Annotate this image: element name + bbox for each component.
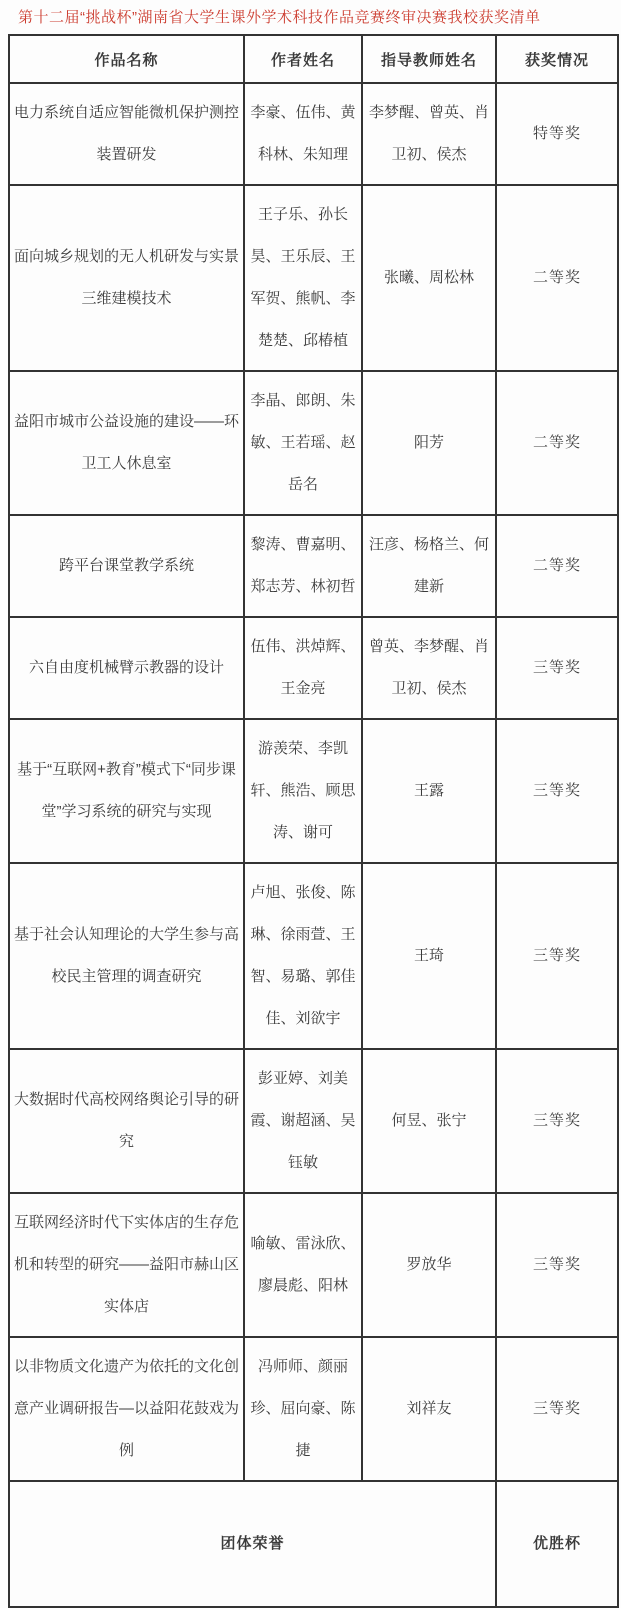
work-cell: 面向城乡规划的无人机研发与实景三维建模技术 — [9, 185, 244, 371]
teachers-cell: 汪彦、杨格兰、何建新 — [362, 515, 496, 617]
page-title: 第十二届“挑战杯”湖南省大学生课外学术科技作品竞赛终审决赛我校获奖清单 — [0, 0, 621, 34]
work-cell: 以非物质文化遗产为依托的文化创意产业调研报告—以益阳花鼓戏为例 — [9, 1337, 244, 1481]
award-cell: 三等奖 — [496, 863, 618, 1049]
header-row: 作品名称 作者姓名 指导教师姓名 获奖情况 — [9, 35, 618, 83]
work-cell: 互联网经济时代下实体店的生存危机和转型的研究——益阳市赫山区实体店 — [9, 1193, 244, 1337]
table-row: 六自由度机械臂示教器的设计 伍伟、洪焯辉、王金亮 曾英、李梦醒、肖卫初、侯杰 三… — [9, 617, 618, 719]
award-cell: 三等奖 — [496, 719, 618, 863]
work-cell: 基于“互联网+教育”模式下“同步课堂”学习系统的研究与实现 — [9, 719, 244, 863]
authors-cell: 李豪、伍伟、黄科林、朱知理 — [244, 83, 362, 185]
authors-cell: 李晶、郎朗、朱敏、王若瑶、赵岳名 — [244, 371, 362, 515]
table-row: 以非物质文化遗产为依托的文化创意产业调研报告—以益阳花鼓戏为例 冯师师、颜丽珍、… — [9, 1337, 618, 1481]
teachers-cell: 阳芳 — [362, 371, 496, 515]
teachers-cell: 曾英、李梦醒、肖卫初、侯杰 — [362, 617, 496, 719]
award-cell: 三等奖 — [496, 1337, 618, 1481]
authors-cell: 伍伟、洪焯辉、王金亮 — [244, 617, 362, 719]
authors-cell: 冯师师、颜丽珍、屈向豪、陈捷 — [244, 1337, 362, 1481]
table-row: 基于社会认知理论的大学生参与高校民主管理的调查研究 卢旭、张俊、陈琳、徐雨萱、王… — [9, 863, 618, 1049]
footer-row: 团体荣誉 优胜杯 — [9, 1481, 618, 1607]
authors-cell: 彭亚婷、刘美霞、谢超涵、吴钰敏 — [244, 1049, 362, 1193]
authors-cell: 游羡荣、李凯轩、熊浩、顾思涛、谢可 — [244, 719, 362, 863]
teachers-cell: 罗放华 — [362, 1193, 496, 1337]
table-row: 电力系统自适应智能微机保护测控装置研发 李豪、伍伟、黄科林、朱知理 李梦醒、曾英… — [9, 83, 618, 185]
teachers-cell: 张曦、周松林 — [362, 185, 496, 371]
award-cell: 三等奖 — [496, 617, 618, 719]
award-cell: 二等奖 — [496, 185, 618, 371]
teachers-cell: 何昱、张宁 — [362, 1049, 496, 1193]
column-header-work: 作品名称 — [9, 35, 244, 83]
group-award-cell: 优胜杯 — [496, 1481, 618, 1607]
teachers-cell: 王琦 — [362, 863, 496, 1049]
work-cell: 六自由度机械臂示教器的设计 — [9, 617, 244, 719]
authors-cell: 喻敏、雷泳欣、廖晨彪、阳林 — [244, 1193, 362, 1337]
award-cell: 二等奖 — [496, 371, 618, 515]
table-row: 面向城乡规划的无人机研发与实景三维建模技术 王子乐、孙长昊、王乐辰、王军贺、熊帆… — [9, 185, 618, 371]
awards-table: 作品名称 作者姓名 指导教师姓名 获奖情况 电力系统自适应智能微机保护测控装置研… — [8, 34, 619, 1608]
award-cell: 二等奖 — [496, 515, 618, 617]
authors-cell: 卢旭、张俊、陈琳、徐雨萱、王智、易璐、郭佳佳、刘欲宇 — [244, 863, 362, 1049]
teachers-cell: 王露 — [362, 719, 496, 863]
award-cell: 三等奖 — [496, 1193, 618, 1337]
column-header-award: 获奖情况 — [496, 35, 618, 83]
teachers-cell: 刘祥友 — [362, 1337, 496, 1481]
table-row: 跨平台课堂教学系统 黎涛、曹嘉明、郑志芳、林初哲 汪彦、杨格兰、何建新 二等奖 — [9, 515, 618, 617]
column-header-teachers: 指导教师姓名 — [362, 35, 496, 83]
table-row: 大数据时代高校网络舆论引导的研究 彭亚婷、刘美霞、谢超涵、吴钰敏 何昱、张宁 三… — [9, 1049, 618, 1193]
work-cell: 跨平台课堂教学系统 — [9, 515, 244, 617]
work-cell: 益阳市城市公益设施的建设——环卫工人休息室 — [9, 371, 244, 515]
work-cell: 大数据时代高校网络舆论引导的研究 — [9, 1049, 244, 1193]
work-cell: 基于社会认知理论的大学生参与高校民主管理的调查研究 — [9, 863, 244, 1049]
table-row: 益阳市城市公益设施的建设——环卫工人休息室 李晶、郎朗、朱敏、王若瑶、赵岳名 阳… — [9, 371, 618, 515]
column-header-authors: 作者姓名 — [244, 35, 362, 83]
work-cell: 电力系统自适应智能微机保护测控装置研发 — [9, 83, 244, 185]
authors-cell: 黎涛、曹嘉明、郑志芳、林初哲 — [244, 515, 362, 617]
award-cell: 三等奖 — [496, 1049, 618, 1193]
award-cell: 特等奖 — [496, 83, 618, 185]
page: 第十二届“挑战杯”湖南省大学生课外学术科技作品竞赛终审决赛我校获奖清单 作品名称… — [0, 0, 621, 1608]
table-row: 基于“互联网+教育”模式下“同步课堂”学习系统的研究与实现 游羡荣、李凯轩、熊浩… — [9, 719, 618, 863]
authors-cell: 王子乐、孙长昊、王乐辰、王军贺、熊帆、李楚楚、邱椿植 — [244, 185, 362, 371]
teachers-cell: 李梦醒、曾英、肖卫初、侯杰 — [362, 83, 496, 185]
group-honor-cell: 团体荣誉 — [9, 1481, 496, 1607]
table-row: 互联网经济时代下实体店的生存危机和转型的研究——益阳市赫山区实体店 喻敏、雷泳欣… — [9, 1193, 618, 1337]
